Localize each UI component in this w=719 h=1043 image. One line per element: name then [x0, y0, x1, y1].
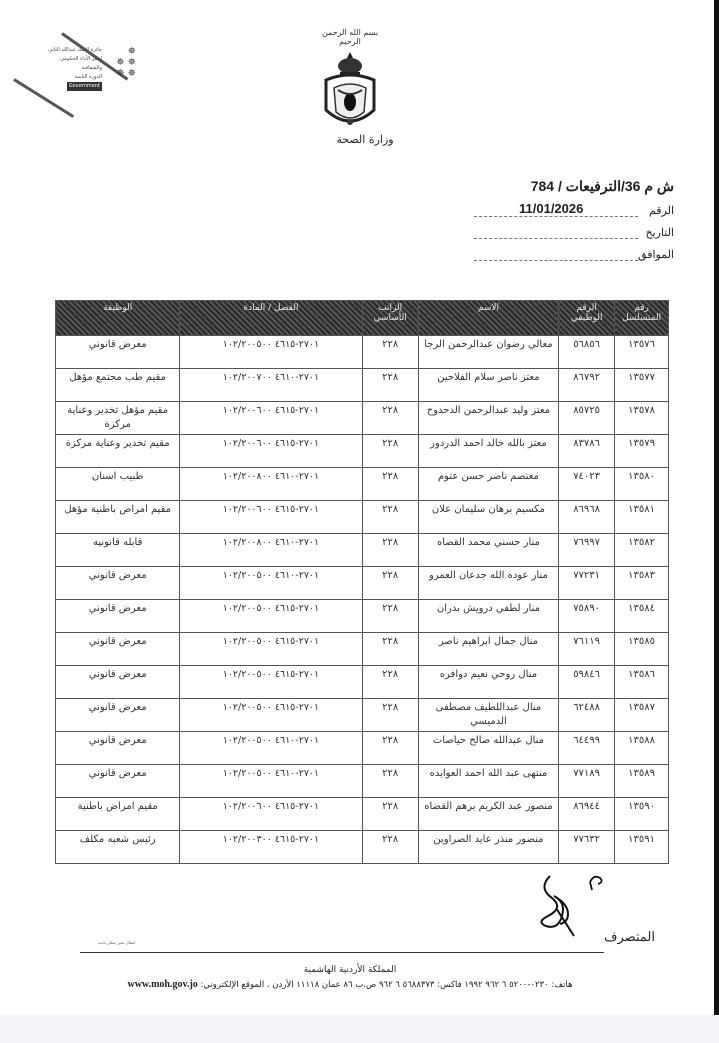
award-logo-text: جائزة الملك عبدالله الثاني لتميز الأداء … — [42, 46, 102, 91]
number-row: الرقم 11/01/2026 — [474, 197, 674, 217]
cell-job: معرض قانوني — [56, 699, 180, 732]
cell-employee-no: ٥٦٨٥٦ — [559, 336, 615, 369]
cell-employee-no: ٧٤٠٢٣ — [559, 468, 615, 501]
cell-salary: ٢٢٨ — [362, 633, 418, 666]
footer-divider — [80, 952, 604, 953]
header-salary: الراتب الأساسي — [362, 301, 418, 336]
table-row: ١٣٥٨٠ ٧٤٠٢٣ معتصم ناصر حسن عتوم ٢٢٨ ٢٧٠١… — [56, 468, 669, 501]
cell-job: رئيس شعبه مكلف — [56, 831, 180, 864]
cell-job: معرض قانوني — [56, 765, 180, 798]
cell-article: ٢٧٠١-٤٦١٥ ١٠٢/٢٠٠٥٠٠ — [180, 666, 362, 699]
cell-serial: ١٣٥٨٩ — [615, 765, 669, 798]
cell-name: منار عوده الله جدعان العمرو — [418, 567, 558, 600]
cell-salary: ٢٢٨ — [362, 402, 418, 435]
reference-block: ش م 36/الترفيعات / 784 الرقم 11/01/2026 … — [474, 178, 674, 261]
cell-salary: ٢٢٨ — [362, 765, 418, 798]
cell-name: منال عبدالله صالح حياصات — [418, 732, 558, 765]
cell-article: ٢٧٠١-٤٦١٥ ١٠٢/٢٠٠٣٠٠ — [180, 831, 362, 864]
table-row: ١٣٥٧٩ ٨٣٧٨٦ معتز بالله خالد احمد الدردور… — [56, 435, 669, 468]
kingdom-name: المملكة الأردنية الهاشمية — [100, 965, 600, 975]
cell-employee-no: ٦٤٤٩٩ — [559, 732, 615, 765]
cell-employee-no: ٦٢٤٨٨ — [559, 699, 615, 732]
cell-salary: ٢٢٨ — [362, 336, 418, 369]
cell-job: مقيم مؤهل تخدير وعناية مركزة — [56, 402, 180, 435]
cell-employee-no: ٥٩٨٤٦ — [559, 666, 615, 699]
cell-job: مقيم امراض باطنية — [56, 798, 180, 831]
cell-serial: ١٣٥٨٤ — [615, 600, 669, 633]
cell-article: ٢٧٠١-٤٦١٥ ١٠٢/٢٠٠٥٠٠ — [180, 600, 362, 633]
cell-serial: ١٣٥٨٣ — [615, 567, 669, 600]
table-row: ١٣٥٧٨ ٨٥٧٢٥ معتز وليد عبدالرحمن الدحدوح … — [56, 402, 669, 435]
cell-job: معرض قانوني — [56, 666, 180, 699]
cell-serial: ١٣٥٨١ — [615, 501, 669, 534]
cell-job: قابله قانونيه — [56, 534, 180, 567]
cell-serial: ١٣٥٨٧ — [615, 699, 669, 732]
table-row: ١٣٥٨٥ ٧٦١١٩ منال جمال ابراهيم ناصر ٢٢٨ ٢… — [56, 633, 669, 666]
cell-serial: ١٣٥٨٦ — [615, 666, 669, 699]
cell-salary: ٢٢٨ — [362, 831, 418, 864]
cell-article: ٢٧٠١-٤٦١٠ ١٠٢/٢٠٠٥٠٠ — [180, 732, 362, 765]
cell-serial: ١٣٥٨٢ — [615, 534, 669, 567]
header-job: الوظيفة — [56, 301, 180, 336]
cell-employee-no: ٧٧٢٣١ — [559, 567, 615, 600]
coat-of-arms: بسم الله الرحمن الرحيم وزارة الصحة — [320, 28, 380, 135]
award-logo: جائزة الملك عبدالله الثاني لتميز الأداء … — [22, 40, 142, 120]
cell-article: ٢٧٠١-٤٦١٥ ١٠٢/٢٠٠٦٠٠ — [180, 435, 362, 468]
table-row: ١٣٥٨٨ ٦٤٤٩٩ منال عبدالله صالح حياصات ٢٢٨… — [56, 732, 669, 765]
cell-article: ٢٧٠١-٤٦١٥ ١٠٢/٢٠٠٥٠٠ — [180, 633, 362, 666]
cell-article: ٢٧٠١-٤٦١٠ ١٠٢/٢٠٠٨٠٠ — [180, 468, 362, 501]
signed-by: المتصرف — [604, 930, 655, 945]
cell-name: منال روحي نعيم دوافره — [418, 666, 558, 699]
table-row: ١٣٥٧٦ ٥٦٨٥٦ معالي رضوان عبدالرحمن الرجا … — [56, 336, 669, 369]
table-row: ١٣٥٨١ ٨٦٩٦٨ مكسيم برهان سليمان علان ٢٢٨ … — [56, 501, 669, 534]
cell-job: معرض قانوني — [56, 336, 180, 369]
cell-name: منتهى عبد الله احمد العوايده — [418, 765, 558, 798]
cell-serial: ١٣٥٧٩ — [615, 435, 669, 468]
cell-job: طبيب اسنان — [56, 468, 180, 501]
cell-article: ٢٧٠١-٤٦١٠ ١٠٢/٢٠٠٧٠٠ — [180, 369, 362, 402]
cell-employee-no: ٧٦١١٩ — [559, 633, 615, 666]
basmala: بسم الله الرحمن الرحيم — [320, 28, 380, 46]
table-header-row: رقم المتسلسل الرقم الوظيفي الاسم الراتب … — [56, 301, 669, 336]
corresponding-row: الموافق — [474, 241, 674, 261]
signature-scribble — [528, 868, 608, 938]
cell-serial: ١٣٥٧٦ — [615, 336, 669, 369]
cell-name: منار حسني محمد القضاه — [418, 534, 558, 567]
cell-name: معتز وليد عبدالرحمن الدحدوح — [418, 402, 558, 435]
cell-article: ٢٧٠١-٤٦١٥ ١٠٢/٢٠٠٥٠٠ — [180, 336, 362, 369]
table-row: ١٣٥٨٧ ٦٢٤٨٨ منال عبداللطيف مصطفى الدميسي… — [56, 699, 669, 732]
cell-employee-no: ٨٦٩٤٤ — [559, 798, 615, 831]
cell-employee-no: ٨٣٧٨٦ — [559, 435, 615, 468]
cell-salary: ٢٢٨ — [362, 468, 418, 501]
cell-serial: ١٣٥٩١ — [615, 831, 669, 864]
cell-serial: ١٣٥٨٥ — [615, 633, 669, 666]
cell-job: مقيم طب مجتمع مؤهل — [56, 369, 180, 402]
cell-employee-no: ٧٥٨٩٠ — [559, 600, 615, 633]
cell-job: مقيم تخدير وعناية مركزة — [56, 435, 180, 468]
cell-employee-no: ٨٦٧٩٢ — [559, 369, 615, 402]
ministry-name: وزارة الصحة — [320, 133, 410, 146]
cell-salary: ٢٢٨ — [362, 501, 418, 534]
cell-name: منصور عبد الكريم برهم القضاه — [418, 798, 558, 831]
cell-salary: ٢٢٨ — [362, 369, 418, 402]
cell-job: معرض قانوني — [56, 567, 180, 600]
cell-name: منال عبداللطيف مصطفى الدميسي — [418, 699, 558, 732]
cell-salary: ٢٢٨ — [362, 534, 418, 567]
cell-salary: ٢٢٨ — [362, 567, 418, 600]
cell-name: منصور منذر عايد الصراوين — [418, 831, 558, 864]
cell-article: ٢٧٠١-٤٦١٠ ١٠٢/٢٠٠٨٠٠ — [180, 534, 362, 567]
cell-employee-no: ٨٥٧٢٥ — [559, 402, 615, 435]
header-name: الاسم — [418, 301, 558, 336]
promotions-table: رقم المتسلسل الرقم الوظيفي الاسم الراتب … — [55, 300, 669, 864]
cell-name: منار لطفي درويش بدران — [418, 600, 558, 633]
contact-info: هاتف: ٠٢٣٠-٥٢٠٠ ٦ ٩٦٢ ١٩٩٢ فاكس: ٥٦٨٨٣٧٣… — [100, 979, 600, 990]
cell-employee-no: ٧٧٦٣٢ — [559, 831, 615, 864]
footer: المملكة الأردنية الهاشمية هاتف: ٠٢٣٠-٥٢٠… — [100, 965, 600, 990]
cell-name: معتز ناصر سلام الفلاحين — [418, 369, 558, 402]
cell-article: ٢٧٠١-٤٦١٥ ١٠٢/٢٠٠٦٠٠ — [180, 501, 362, 534]
header-serial: رقم المتسلسل — [615, 301, 669, 336]
table-row: ١٣٥٨٤ ٧٥٨٩٠ منار لطفي درويش بدران ٢٢٨ ٢٧… — [56, 600, 669, 633]
cell-job: معرض قانوني — [56, 600, 180, 633]
cell-name: مكسيم برهان سليمان علان — [418, 501, 558, 534]
table-row: ١٣٥٩١ ٧٧٦٣٢ منصور منذر عايد الصراوين ٢٢٨… — [56, 831, 669, 864]
cell-article: ٢٧٠١-٤٦١٠ ١٠٢/٢٠٠٥٠٠ — [180, 567, 362, 600]
cell-employee-no: ٨٦٩٦٨ — [559, 501, 615, 534]
table-row: ١٣٥٩٠ ٨٦٩٤٤ منصور عبد الكريم برهم القضاه… — [56, 798, 669, 831]
cell-serial: ١٣٥٨٨ — [615, 732, 669, 765]
cell-name: منال جمال ابراهيم ناصر — [418, 633, 558, 666]
date-value: 11/01/2026 — [519, 201, 583, 216]
table-row: ١٣٥٨٣ ٧٧٢٣١ منار عوده الله جدعان العمرو … — [56, 567, 669, 600]
cell-serial: ١٣٥٧٨ — [615, 402, 669, 435]
cell-article: ٢٧٠١-٤٦١٥ ١٠٢/٢٠٠٦٠٠ — [180, 798, 362, 831]
reference-number: ش م 36/الترفيعات / 784 — [474, 178, 674, 195]
cell-serial: ١٣٥٩٠ — [615, 798, 669, 831]
table-row: ١٣٥٧٧ ٨٦٧٩٢ معتز ناصر سلام الفلاحين ٢٢٨ … — [56, 369, 669, 402]
cell-employee-no: ٧٦٩٩٧ — [559, 534, 615, 567]
cell-salary: ٢٢٨ — [362, 732, 418, 765]
cell-job: معرض قانوني — [56, 732, 180, 765]
cell-article: ٢٧٠١-٤٦١٥ ١٠٢/٢٠٠٦٠٠ — [180, 402, 362, 435]
cell-salary: ٢٢٨ — [362, 699, 418, 732]
footer-small-note: انتقال معي سكن حديد — [98, 940, 135, 945]
cell-salary: ٢٢٨ — [362, 600, 418, 633]
cell-employee-no: ٧٧١٨٩ — [559, 765, 615, 798]
table-row: ١٣٥٨٦ ٥٩٨٤٦ منال روحي نعيم دوافره ٢٢٨ ٢٧… — [56, 666, 669, 699]
cell-salary: ٢٢٨ — [362, 666, 418, 699]
cell-serial: ١٣٥٧٧ — [615, 369, 669, 402]
cell-salary: ٢٢٨ — [362, 798, 418, 831]
cell-job: مقيم امراض باطنية مؤهل — [56, 501, 180, 534]
cell-name: معتصم ناصر حسن عتوم — [418, 468, 558, 501]
cell-article: ٢٧٠١-٤٦١٥ ١٠٢/٢٠٠٥٠٠ — [180, 699, 362, 732]
document-page: جائزة الملك عبدالله الثاني لتميز الأداء … — [0, 0, 714, 1015]
header-article: الفصل / المادة — [180, 301, 362, 336]
cell-name: معالي رضوان عبدالرحمن الرجا — [418, 336, 558, 369]
header-employee-no: الرقم الوظيفي — [559, 301, 615, 336]
jordan-crest-icon — [320, 50, 380, 135]
date-row: التاريخ — [474, 219, 674, 239]
star-icons: ✵✵ ✵✵ ✵ — [106, 46, 136, 79]
cell-salary: ٢٢٨ — [362, 435, 418, 468]
table-row: ١٣٥٨٢ ٧٦٩٩٧ منار حسني محمد القضاه ٢٢٨ ٢٧… — [56, 534, 669, 567]
website-link[interactable]: www.moh.gov.jo — [127, 979, 197, 990]
cell-serial: ١٣٥٨٠ — [615, 468, 669, 501]
scan-edge — [714, 0, 719, 1015]
cell-job: معرض قانوني — [56, 633, 180, 666]
cell-article: ٢٧٠١-٤٦١٠ ١٠٢/٢٠٠٥٠٠ — [180, 765, 362, 798]
cell-name: معتز بالله خالد احمد الدردور — [418, 435, 558, 468]
table-row: ١٣٥٨٩ ٧٧١٨٩ منتهى عبد الله احمد العوايده… — [56, 765, 669, 798]
